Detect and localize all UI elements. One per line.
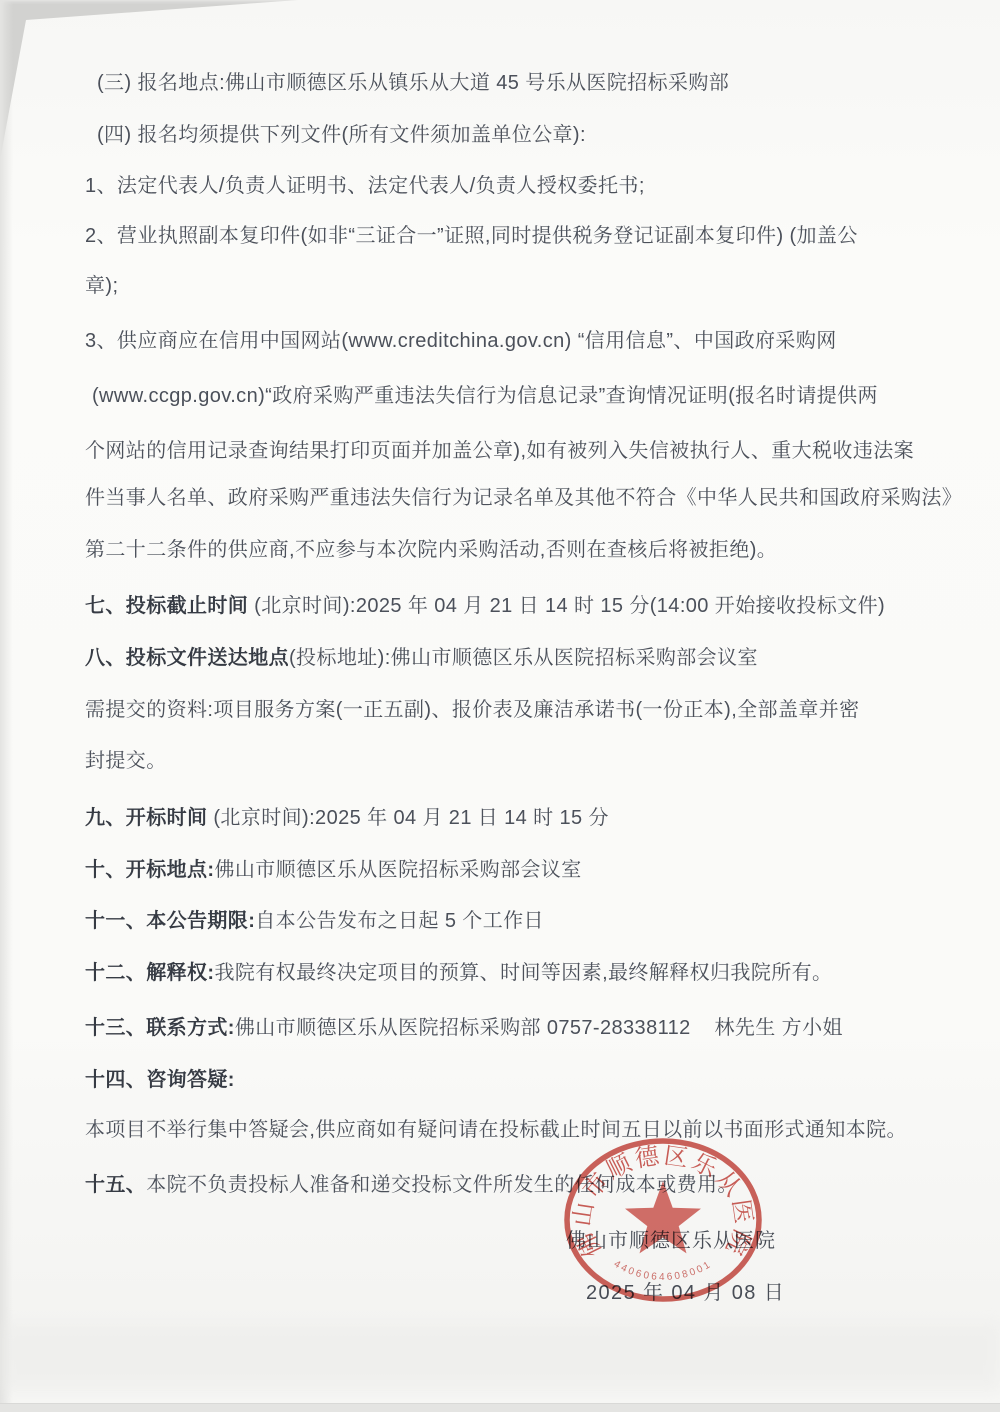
doc-line: 章);: [85, 273, 118, 299]
doc-line: 八、投标文件送达地点(投标地址):佛山市顺德区乐从医院招标采购部会议室: [85, 645, 758, 671]
scan-bottom-shade: [0, 1322, 1000, 1392]
paper-sheet: (三) 报名地点:佛山市顺德区乐从镇乐从大道 45 号乐从医院招标采购部(四) …: [0, 0, 1000, 1412]
doc-line: 3、供应商应在信用中国网站(www.creditchina.gov.cn) “信…: [85, 328, 837, 354]
doc-line: 十三、联系方式:佛山市顺德区乐从医院招标采购部 0757-28338112 林先…: [85, 1015, 843, 1041]
doc-line: 件当事人名单、政府采购严重违法失信行为记录名单及其他不符合《中华人民共和国政府采…: [85, 485, 962, 511]
doc-line: 十、开标地点:佛山市顺德区乐从医院招标采购部会议室: [85, 857, 582, 883]
doc-line: 十二、解释权:我院有权最终决定项目的预算、时间等因素,最终解释权归我院所有。: [85, 960, 832, 986]
doc-line: 第二十二条件的供应商,不应参与本次院内采购活动,否则在查核后将被拒绝)。: [85, 537, 777, 563]
doc-line: 1、法定代表人/负责人证明书、法定代表人/负责人授权委托书;: [85, 173, 645, 199]
doc-line: 个网站的信用记录查询结果打印页面并加盖公章),如有被列入失信被执行人、重大税收违…: [85, 438, 914, 464]
doc-line: 七、投标截止时间 (北京时间):2025 年 04 月 21 日 14 时 15…: [85, 593, 885, 619]
paper-bottom-edge: [0, 1403, 1000, 1412]
official-seal: 佛山市顺德区乐从医院 4406064608001: [555, 1128, 771, 1313]
doc-line: (四) 报名均须提供下列文件(所有文件须加盖单位公章):: [97, 122, 586, 148]
doc-line: 本项目不举行集中答疑会,供应商如有疑问请在投标截止时间五日以前以书面形式通知本院…: [85, 1117, 907, 1143]
doc-line: (www.ccgp.gov.cn)“政府采购严重违法失信行为信息记录”查询情况证…: [92, 383, 878, 409]
doc-line: (三) 报名地点:佛山市顺德区乐从镇乐从大道 45 号乐从医院招标采购部: [97, 70, 729, 96]
star-icon: [625, 1181, 701, 1253]
doc-line: 2、营业执照副本复印件(如非“三证合一”证照,同时提供税务登记证副本复印件) (…: [85, 223, 858, 249]
doc-line: 十四、咨询答疑:: [85, 1067, 235, 1093]
scanner-left-edge: [0, 0, 13, 1412]
doc-line: 需提交的资料:项目服务方案(一正五副)、报价表及廉洁承诺书(一份正本),全部盖章…: [85, 697, 860, 723]
doc-line: 十一、本公告期限:自本公告发布之日起 5 个工作日: [85, 908, 544, 934]
doc-line: 九、开标时间 (北京时间):2025 年 04 月 21 日 14 时 15 分: [85, 805, 609, 831]
doc-line: 封提交。: [85, 748, 167, 774]
seal-code-text: 4406064608001: [612, 1259, 714, 1283]
